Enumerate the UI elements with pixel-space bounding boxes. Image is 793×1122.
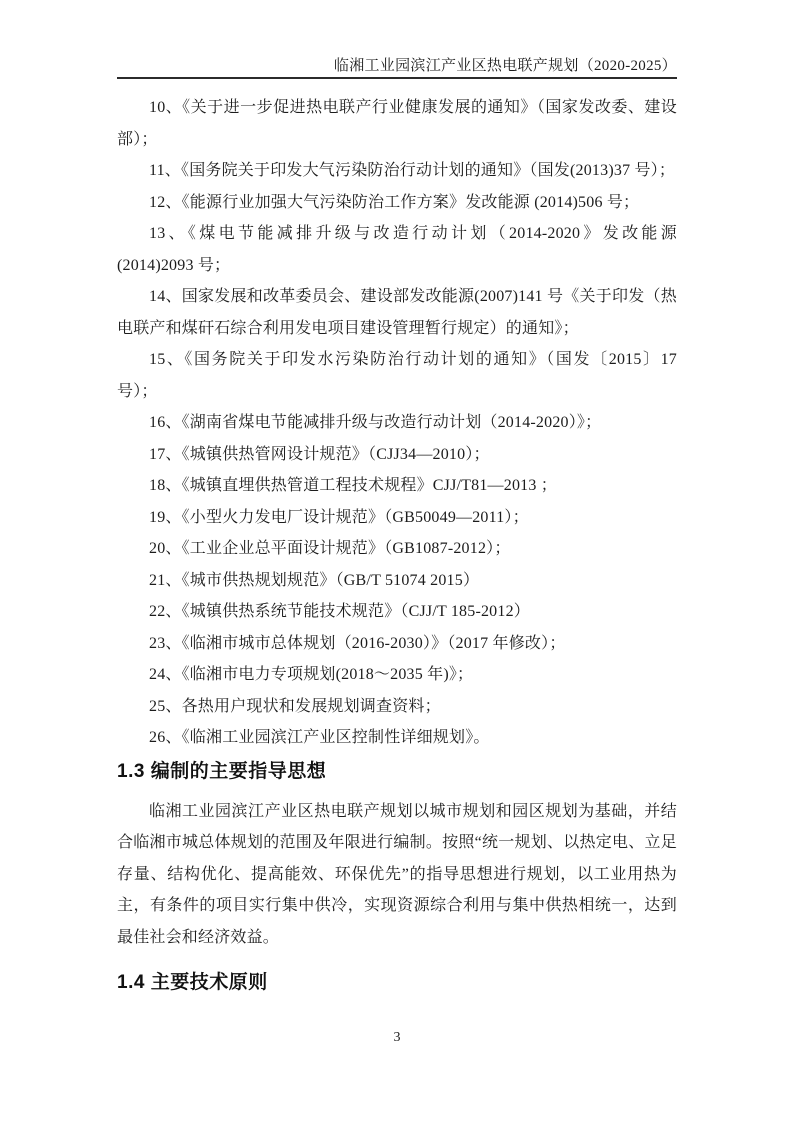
reference-item-25: 25、各热用户现状和发展规划调查资料； [117,691,677,723]
reference-item-19: 19、《小型火力发电厂设计规范》（GB50049—2011）； [117,502,677,534]
reference-item-12: 12、《能源行业加强大气污染防治工作方案》发改能源 (2014)506 号； [117,187,677,219]
reference-item-11: 11、《国务院关于印发大气污染防治行动计划的通知》（国发(2013)37 号）； [117,155,677,187]
section-heading-1-4: 1.4 主要技术原则 [117,969,677,997]
section-heading-1-3: 1.3 编制的主要指导思想 [117,758,677,786]
section-1-3-paragraph: 临湘工业园滨江产业区热电联产规划以城市规划和园区规划为基础，并结合临湘市城总体规… [117,796,677,954]
document-page: 临湘工业园滨江产业区热电联产规划（2020-2025） 10、《关于进一步促进热… [0,0,793,1122]
reference-item-15: 15、《国务院关于印发水污染防治行动计划的通知》（国发〔2015〕17 号）； [117,344,677,407]
page-number: 3 [394,1030,401,1045]
reference-item-22: 22、《城镇供热系统节能技术规范》（CJJ/T 185-2012） [117,596,677,628]
reference-item-18: 18、《城镇直埋供热管道工程技术规程》CJJ/T81—2013 ； [117,470,677,502]
page-footer: 3 [117,1030,677,1046]
reference-item-16: 16、《湖南省煤电节能减排升级与改造行动计划（2014-2020）》； [117,407,677,439]
document-body: 10、《关于进一步促进热电联产行业健康发展的通知》（国家发改委、建设部）； 11… [117,86,677,1007]
reference-item-17: 17、《城镇供热管网设计规范》（CJJ34—2010）； [117,439,677,471]
reference-item-23: 23、《临湘市城市总体规划（2016-2030）》（2017 年修改）； [117,628,677,660]
reference-item-14: 14、国家发展和改革委员会、建设部发改能源(2007)141 号《关于印发（热电… [117,281,677,344]
reference-item-13: 13、《煤电节能减排升级与改造行动计划（2014-2020》发改能源(2014)… [117,218,677,281]
reference-item-21: 21、《城市供热规划规范》（GB/T 51074 2015） [117,565,677,597]
reference-item-20: 20、《工业企业总平面设计规范》（GB1087-2012）； [117,533,677,565]
reference-item-26: 26、《临湘工业园滨江产业区控制性详细规划》。 [117,722,677,754]
reference-item-10: 10、《关于进一步促进热电联产行业健康发展的通知》（国家发改委、建设部）； [117,92,677,155]
header-title: 临湘工业园滨江产业区热电联产规划（2020-2025） [334,58,677,74]
page-header: 临湘工业园滨江产业区热电联产规划（2020-2025） [117,57,677,79]
reference-list: 10、《关于进一步促进热电联产行业健康发展的通知》（国家发改委、建设部）； 11… [117,92,677,754]
reference-item-24: 24、《临湘市电力专项规划(2018～2035 年)》； [117,659,677,691]
